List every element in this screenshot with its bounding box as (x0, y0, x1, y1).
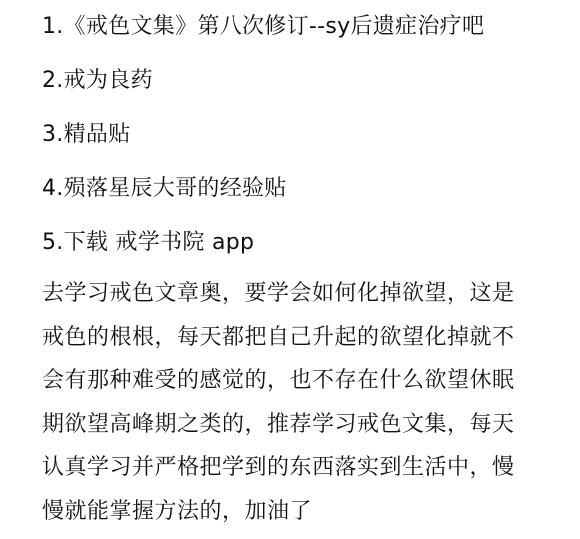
paragraph-line: 认真学习并严格把学到的东西落实到生活中，慢 (42, 446, 552, 490)
paragraph-line: 会有那种难受的感觉的，也不存在什么欲望休眠 (42, 359, 552, 403)
list-item-jieweiliangyao: 2.戒为良药 (42, 54, 552, 108)
list-item-wenji: 1.《戒色文集》第八次修订--sy后遗症治疗吧 (42, 0, 552, 54)
recommendation-list: 1.《戒色文集》第八次修订--sy后遗症治疗吧 2.戒为良药 3.精品贴 4.殒… (42, 0, 552, 270)
paragraph-line: 戒色的根根，每天都把自己升起的欲望化掉就不 (42, 316, 552, 360)
paragraph-line: 慢就能掌握方法的，加油了 (42, 490, 552, 534)
paragraph-line: 期欲望高峰期之类的，推荐学习戒色文集，每天 (42, 403, 552, 447)
advice-paragraph: 去学习戒色文章奥，要学会如何化掉欲望，这是 戒色的根根，每天都把自己升起的欲望化… (42, 272, 552, 533)
paragraph-line: 去学习戒色文章奥，要学会如何化掉欲望，这是 (42, 272, 552, 316)
list-item-experience-post: 4.殒落星辰大哥的经验贴 (42, 162, 552, 216)
list-item-download-app: 5.下载 戒学书院 app (42, 216, 552, 270)
post-content: 1.《戒色文集》第八次修订--sy后遗症治疗吧 2.戒为良药 3.精品贴 4.殒… (42, 0, 552, 533)
list-item-jingpintie: 3.精品贴 (42, 108, 552, 162)
